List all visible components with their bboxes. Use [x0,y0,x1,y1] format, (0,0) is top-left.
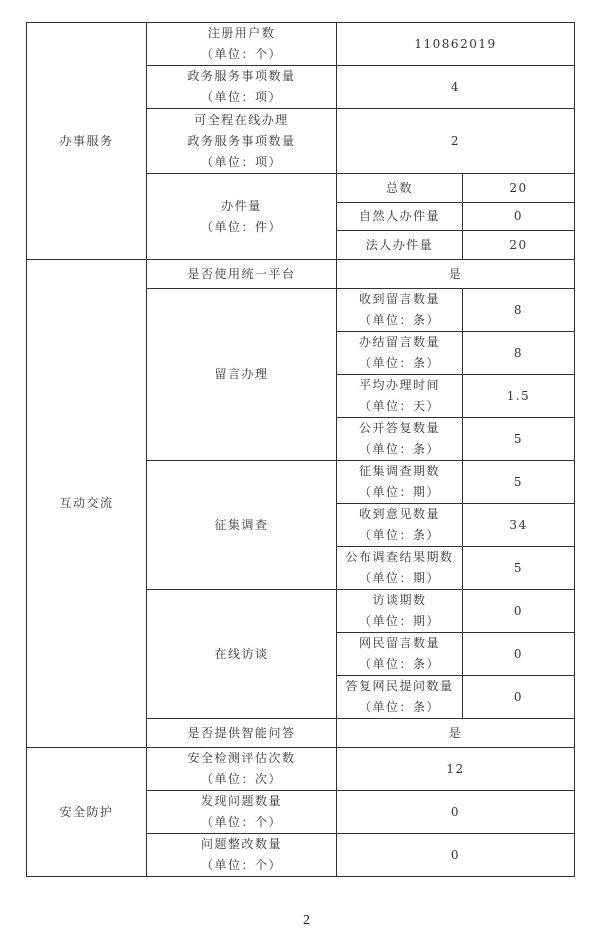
category-security: 安全防护 [27,748,147,877]
row-value: 0 [337,791,575,834]
sub-value: 20 [463,231,575,260]
row-value: 12 [337,748,575,791]
category-service: 办事服务 [27,23,147,260]
row-label: 在线访谈 [147,590,337,719]
sub-label: 法人办件量 [337,231,463,260]
table-row: 安全防护 安全检测评估次数（单位：次） 12 [27,748,575,791]
row-label: 办件量（单位：件） [147,174,337,260]
row-label: 政务服务事项数量（单位：项） [147,66,337,109]
sub-value: 0 [463,633,575,676]
sub-value: 5 [463,461,575,504]
row-label: 注册用户数（单位：个） [147,23,337,66]
row-label: 安全检测评估次数（单位：次） [147,748,337,791]
row-label: 是否使用统一平台 [147,260,337,289]
smart-qa-value: 是 [337,719,575,748]
sub-value: 8 [463,289,575,332]
report-table: 办事服务 注册用户数（单位：个） 110862019 政务服务事项数量（单位：项… [26,22,575,877]
unified-platform-value: 是 [337,260,575,289]
service-items-value: 4 [337,66,575,109]
sub-label: 答复网民提问数量（单位：条） [337,676,463,719]
online-items-value: 2 [337,109,575,174]
row-label: 是否提供智能问答 [147,719,337,748]
table-row: 互动交流 是否使用统一平台 是 [27,260,575,289]
row-label: 可全程在线办理政务服务事项数量（单位：项） [147,109,337,174]
row-label: 问题整改数量（单位：个） [147,834,337,877]
sub-label: 总数 [337,174,463,203]
row-label: 留言办理 [147,289,337,461]
table-row: 办事服务 注册用户数（单位：个） 110862019 [27,23,575,66]
sub-label: 办结留言数量（单位：条） [337,332,463,375]
sub-value: 5 [463,418,575,461]
sub-label: 访谈期数（单位：期） [337,590,463,633]
sub-label: 收到留言数量（单位：条） [337,289,463,332]
sub-value: 8 [463,332,575,375]
sub-label: 网民留言数量（单位：条） [337,633,463,676]
sub-label: 公布调查结果期数（单位：期） [337,547,463,590]
sub-value: 0 [463,590,575,633]
sub-label: 征集调查期数（单位：期） [337,461,463,504]
registered-users-value: 110862019 [337,23,575,66]
row-label: 征集调查 [147,461,337,590]
sub-value: 0 [463,203,575,231]
sub-value: 34 [463,504,575,547]
category-interaction: 互动交流 [27,260,147,748]
sub-label: 公开答复数量（单位：条） [337,418,463,461]
sub-label: 平均办理时间（单位：天） [337,375,463,418]
page-number: 2 [0,913,613,929]
sub-label: 自然人办件量 [337,203,463,231]
sub-label: 收到意见数量（单位：条） [337,504,463,547]
sub-value: 0 [463,676,575,719]
row-label: 发现问题数量（单位：个） [147,791,337,834]
sub-value: 20 [463,174,575,203]
row-value: 0 [337,834,575,877]
sub-value: 5 [463,547,575,590]
sub-value: 1.5 [463,375,575,418]
